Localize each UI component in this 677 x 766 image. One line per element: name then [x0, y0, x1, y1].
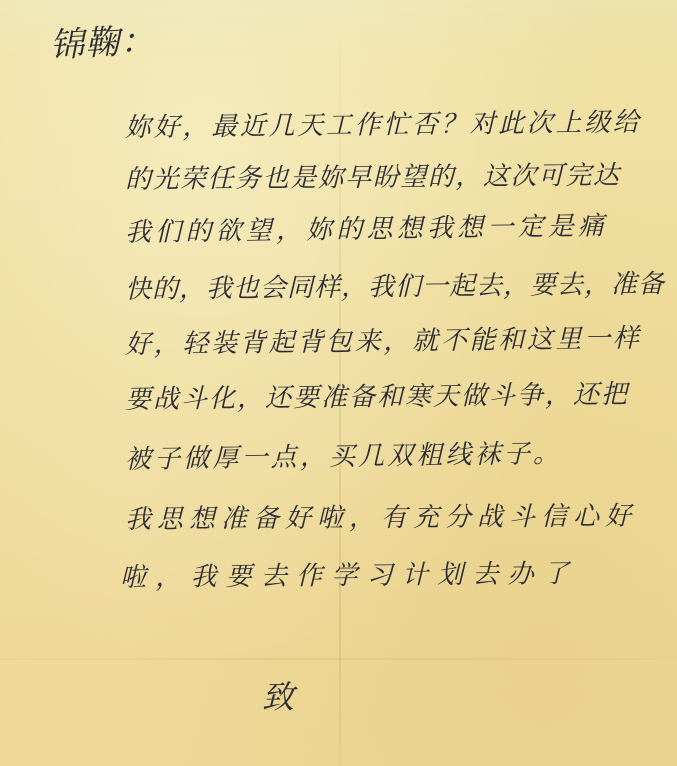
letter-closing: 致 [262, 672, 332, 718]
letter-line-3: 我们的欲望，妳的思想我想一定是痛 [125, 206, 606, 253]
letter-line-7: 被子做厚一点，买几双粗线袜子。 [125, 434, 561, 480]
letter-line-5: 好，轻装背起背包来，就不能和这里一样 [125, 319, 640, 365]
letter-paper: 锦鞠： 妳好，最近几天工作忙否？对此次上级给 的光荣任务也是妳早盼望的，这次可完… [0, 0, 677, 766]
letter-line-9: 啦，我要去作学习计划去办了 [120, 554, 570, 598]
letter-line-6: 要战斗化，还要准备和寒天做斗争，还把 [125, 375, 628, 420]
letter-line-1: 妳好，最近几天工作忙否？对此次上级给 [125, 103, 640, 148]
letter-line-4: 快的，我也会同样，我们一起去，要去，准备 [125, 265, 630, 310]
letter-salutation: 锦鞠： [49, 12, 171, 67]
letter-line-2: 的光荣任务也是妳早盼望的，这次可完达 [125, 156, 620, 200]
horizontal-fold-crease [0, 658, 677, 660]
letter-line-8: 我思想准备好啦，有充分战斗信心好 [125, 496, 632, 540]
